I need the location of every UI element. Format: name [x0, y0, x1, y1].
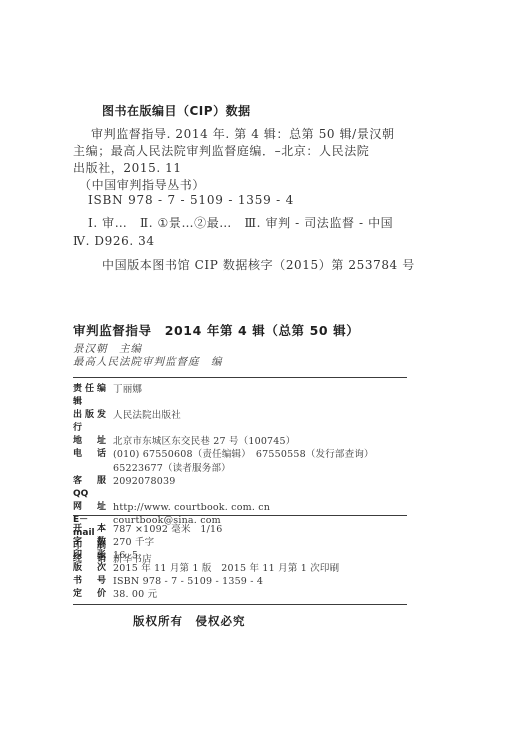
row-label: [73, 462, 106, 475]
cip-entry-line2: 主编；最高人民法院审判监督庭编．–北京：人民法院: [73, 143, 407, 160]
table-row: 客服QQ 2092078039: [73, 475, 407, 501]
table-row: 字数 270 千字: [73, 536, 407, 549]
divider-rule-middle: [73, 515, 407, 516]
divider-rule-top: [73, 377, 407, 378]
row-value: 2092078039: [113, 475, 175, 501]
row-label: 电话: [73, 448, 106, 461]
row-value: 丁丽娜: [113, 383, 142, 409]
cip-header: 图书在版编目（CIP）数据: [73, 104, 436, 119]
row-value: 787 ×1092 毫米 1/16: [113, 523, 223, 536]
print-spec-table: 开本 787 ×1092 毫米 1/16 字数 270 千字 印张 16. 5 …: [73, 523, 407, 602]
chief-editor-line: 景汉朝 主编: [73, 343, 407, 356]
divider-rule-bottom: [73, 604, 407, 605]
row-label: 网址: [73, 501, 106, 514]
table-row: 版次 2015 年 11 月第 1 版 2015 年 11 月第 1 次印刷: [73, 562, 407, 575]
table-row: 65223677（读者服务部）: [73, 462, 407, 475]
row-label: 字数: [73, 536, 106, 549]
table-row: 出版发行 人民法院出版社: [73, 409, 407, 435]
isbn-line: ISBN 978 - 7 - 5109 - 1359 - 4: [73, 193, 422, 208]
book-title: 审判监督指导 2014 年第 4 辑（总第 50 辑）: [73, 323, 407, 339]
cip-entry: 审判监督指导. 2014 年. 第 4 辑：总第 50 辑/景汉朝 主编；最高人…: [73, 126, 407, 177]
table-row: 网址 http://www. courtbook. com. cn: [73, 501, 407, 514]
table-row: 电话 (010) 67550608（责任编辑） 67550558（发行部查询）: [73, 448, 407, 461]
classification-line-1: Ⅰ. 审… Ⅱ. ①景…②最… Ⅲ. 审判 - 司法监督 - 中国: [73, 216, 422, 231]
row-label: 责任编辑: [73, 383, 106, 409]
row-value: 北京市东城区东交民巷 27 号（100745）: [113, 435, 296, 448]
row-value: 270 千字: [113, 536, 154, 549]
row-label: 印张: [73, 549, 106, 562]
copyright-notice: 版权所有 侵权必究: [73, 614, 467, 628]
table-row: 定价 38. 00 元: [73, 588, 407, 601]
cip-entry-line3: 出版社，2015. 11: [73, 160, 407, 177]
row-value: 16. 5: [113, 549, 138, 562]
row-value: http://www. courtbook. com. cn: [113, 501, 270, 514]
row-value: 2015 年 11 月第 1 版 2015 年 11 月第 1 次印刷: [113, 562, 339, 575]
row-label: 客服QQ: [73, 475, 106, 501]
row-value: 65223677（读者服务部）: [113, 462, 231, 475]
row-value: 38. 00 元: [113, 588, 157, 601]
compiler-line: 最高人民法院审判监督庭 编: [73, 356, 407, 369]
cip-record-number: 中国版本图书馆 CIP 数据核字（2015）第 253784 号: [73, 258, 436, 273]
table-row: 地址 北京市东城区东交民巷 27 号（100745）: [73, 435, 407, 448]
row-label: 地址: [73, 435, 106, 448]
series-note: （中国审判指导丛书）: [73, 178, 413, 193]
row-label: 版次: [73, 562, 106, 575]
classification-line-2: Ⅳ. D926. 34: [73, 234, 407, 249]
row-value: (010) 67550608（责任编辑） 67550558（发行部查询）: [113, 448, 374, 461]
row-label: 书号: [73, 575, 106, 588]
table-row: 责任编辑 丁丽娜: [73, 383, 407, 409]
copyright-page: 图书在版编目（CIP）数据 审判监督指导. 2014 年. 第 4 辑：总第 5…: [0, 0, 524, 737]
row-value: ISBN 978 - 7 - 5109 - 1359 - 4: [113, 575, 263, 588]
table-row: 书号 ISBN 978 - 7 - 5109 - 1359 - 4: [73, 575, 407, 588]
row-label: 定价: [73, 588, 106, 601]
table-row: 开本 787 ×1092 毫米 1/16: [73, 523, 407, 536]
row-label: 开本: [73, 523, 106, 536]
table-row: 印张 16. 5: [73, 549, 407, 562]
row-value: 人民法院出版社: [113, 409, 181, 435]
cip-entry-line1: 审判监督指导. 2014 年. 第 4 辑：总第 50 辑/景汉朝: [73, 126, 407, 143]
row-label: 出版发行: [73, 409, 106, 435]
